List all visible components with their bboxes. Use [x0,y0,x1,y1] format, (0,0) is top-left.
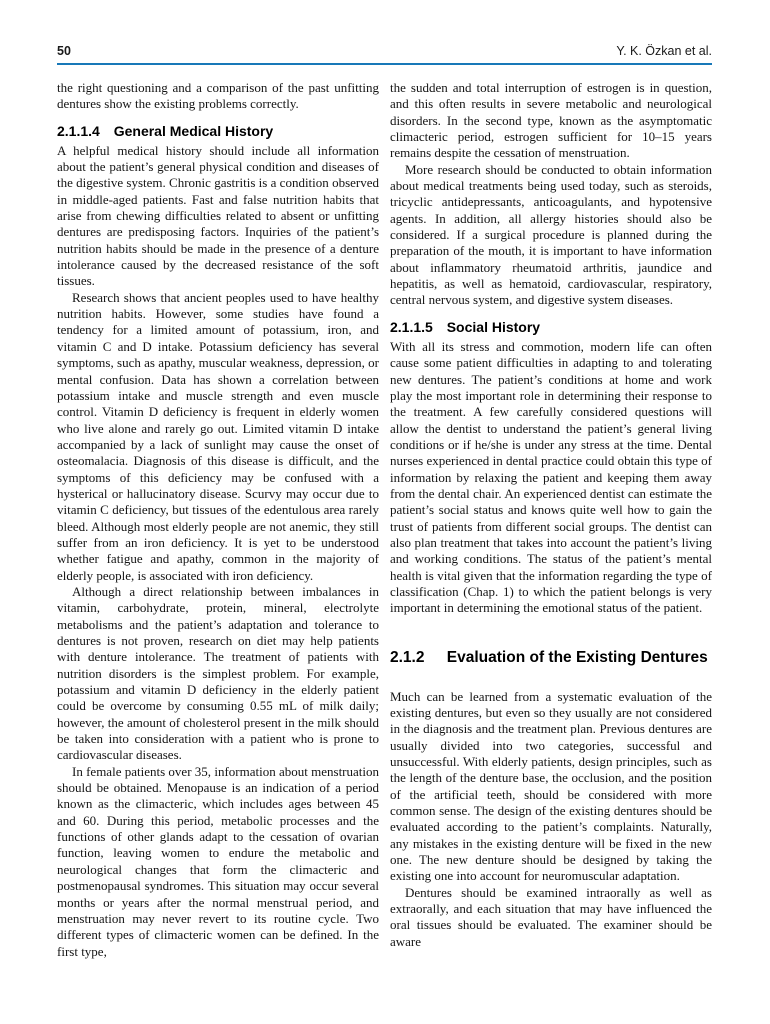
section-heading-social-history: 2.1.1.5 Social History [390,319,712,336]
heading-title: General Medical History [114,123,274,139]
page-number: 50 [57,44,71,58]
paragraph-continuation: the right questioning and a comparison o… [57,80,379,113]
heading-number: 2.1.2 [390,648,424,667]
running-head-authors: Y. K. Özkan et al. [616,44,712,58]
heading-number: 2.1.1.5 [390,319,433,336]
right-column: the sudden and total interruption of est… [390,80,712,960]
paragraph: A helpful medical history should include… [57,143,379,290]
paragraph: Much can be learned from a systematic ev… [390,689,712,885]
paragraph: In female patients over 35, information … [57,764,379,960]
paragraph: Research shows that ancient peoples used… [57,290,379,584]
paragraph: More research should be conducted to obt… [390,162,712,309]
heading-number: 2.1.1.4 [57,123,100,140]
heading-title: Evaluation of the Existing Dentures [447,649,708,666]
section-heading-general-medical-history: 2.1.1.4 General Medical History [57,123,379,140]
section-heading-evaluation-existing-dentures: 2.1.2 Evaluation of the Existing Denture… [390,648,712,667]
heading-title: Social History [447,319,540,335]
book-page: 50 Y. K. Özkan et al. the right question… [0,0,770,1024]
left-column: the right questioning and a comparison o… [57,80,379,960]
two-column-body: the right questioning and a comparison o… [57,80,712,960]
paragraph-continuation: the sudden and total interruption of est… [390,80,712,162]
page-header: 50 Y. K. Özkan et al. [57,44,712,65]
paragraph: Dentures should be examined intraorally … [390,885,712,950]
paragraph: With all its stress and commotion, moder… [390,339,712,617]
paragraph: Although a direct relationship between i… [57,584,379,764]
